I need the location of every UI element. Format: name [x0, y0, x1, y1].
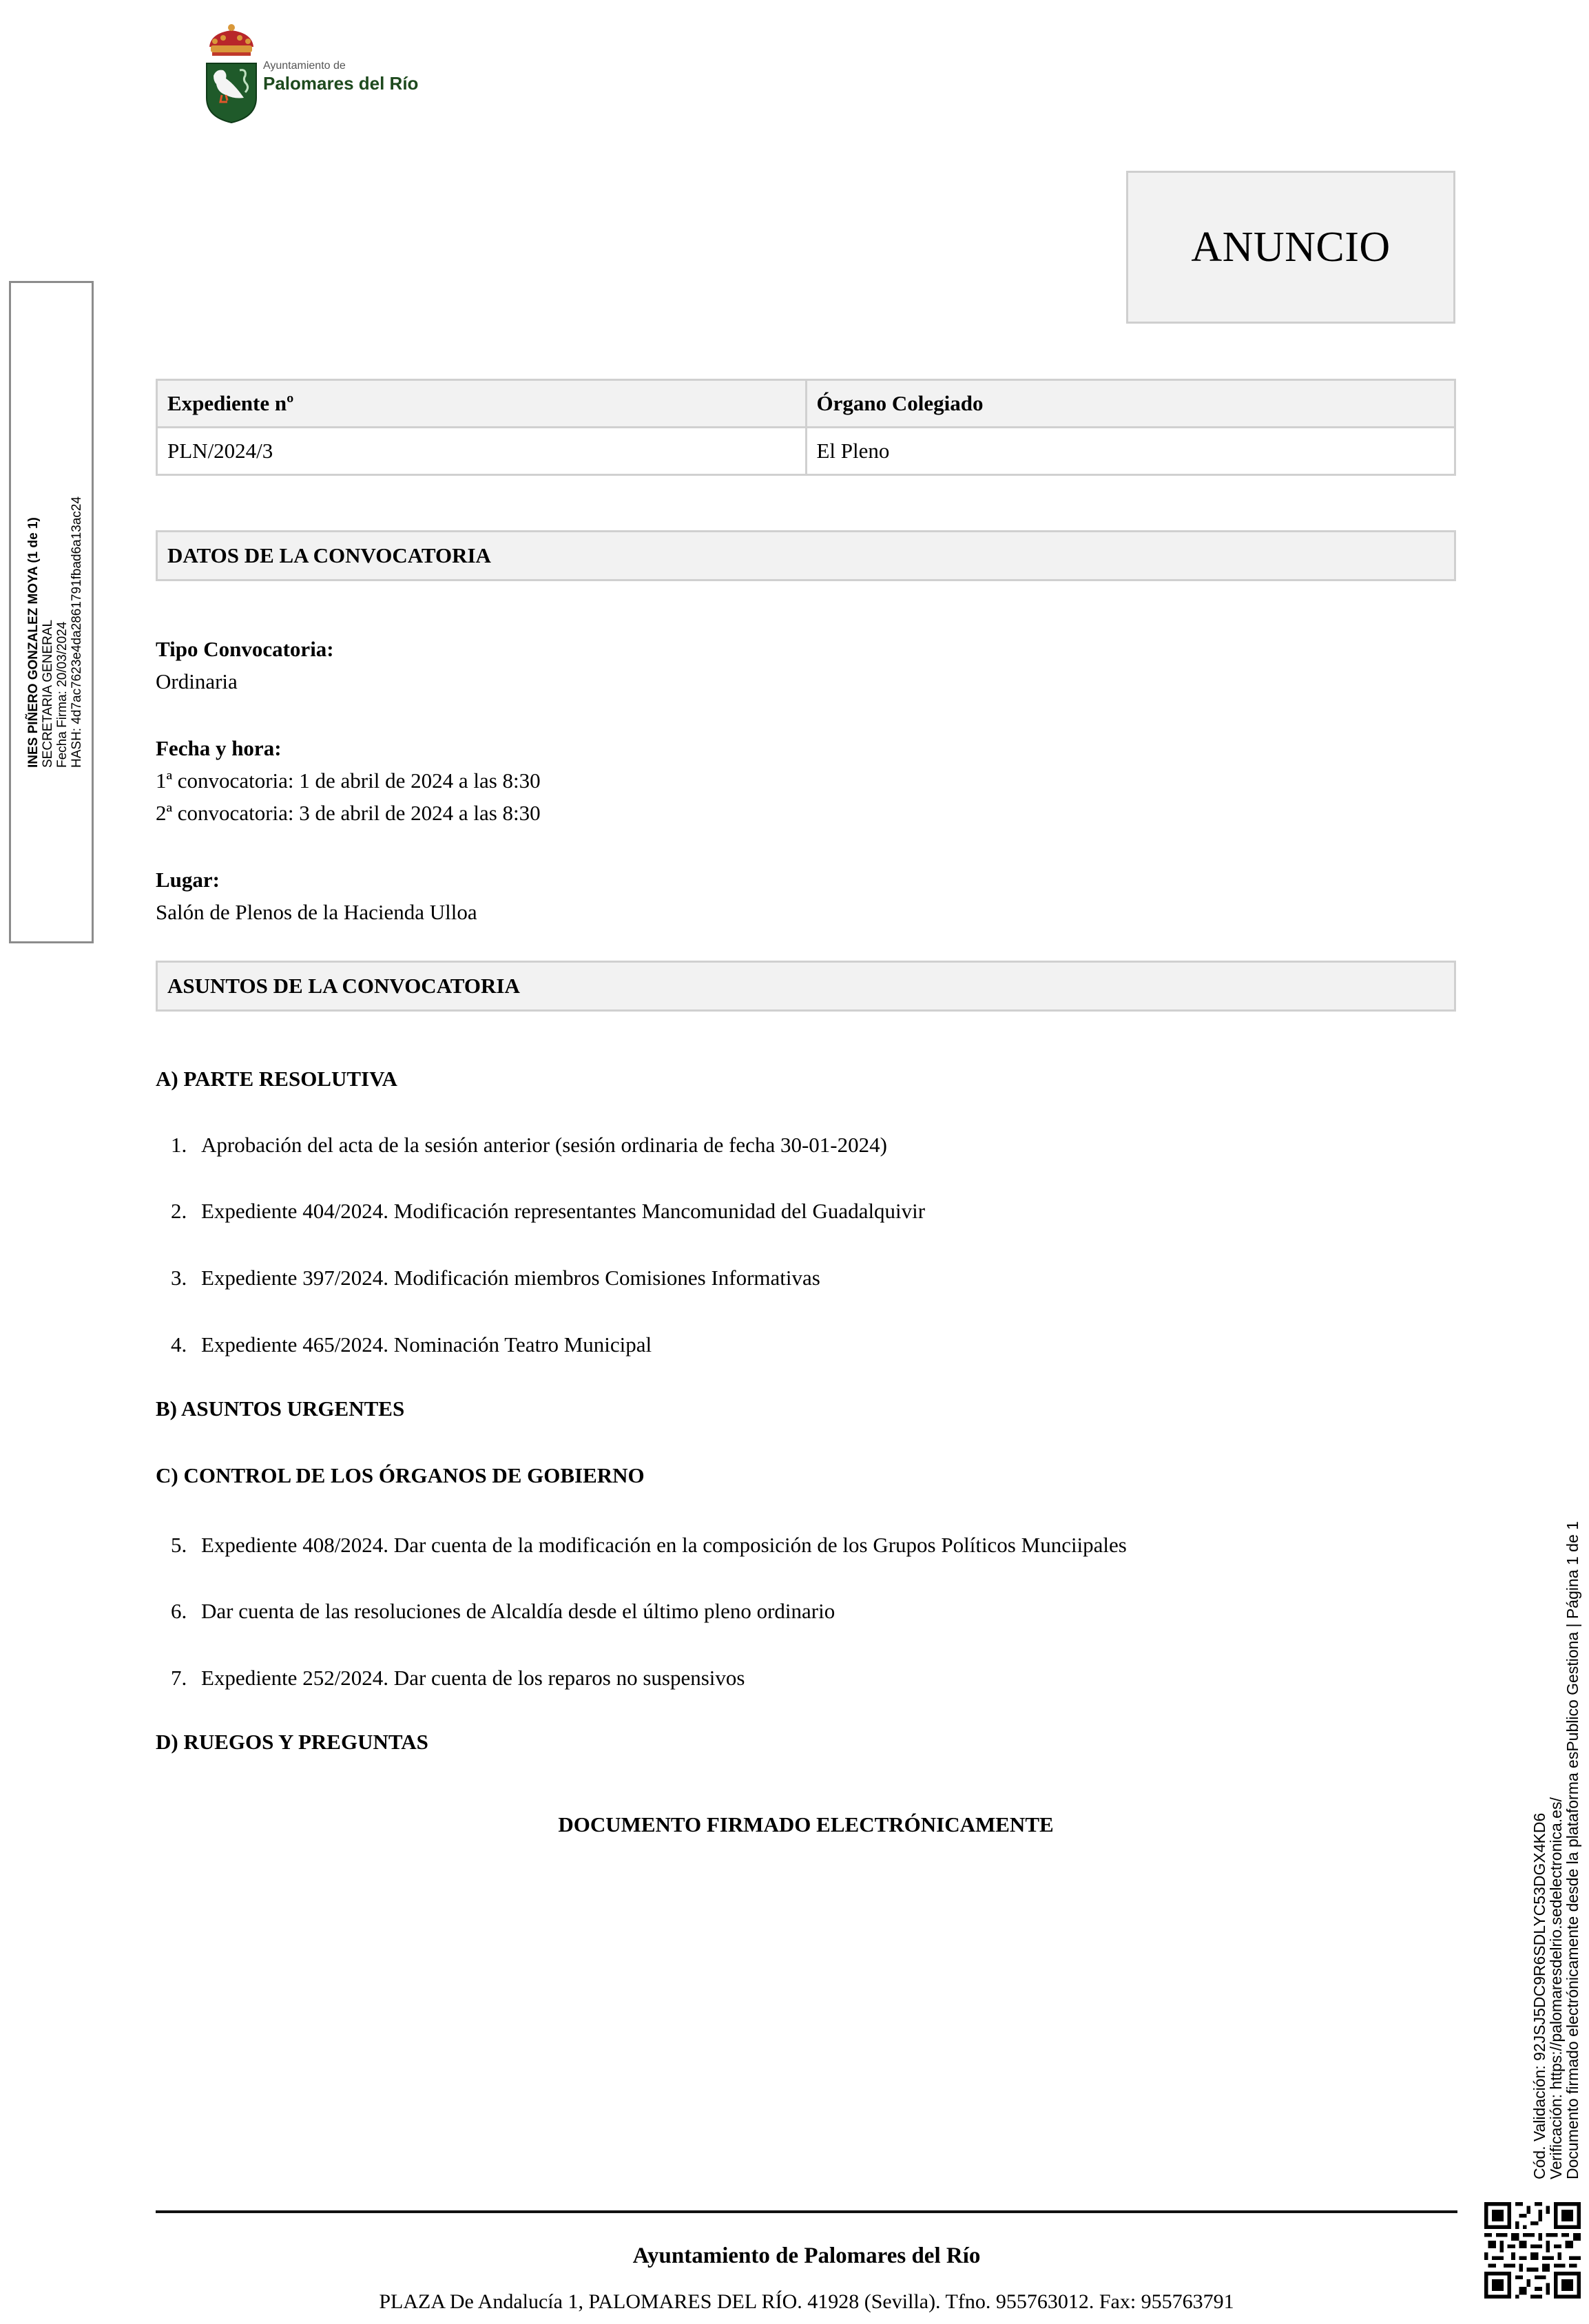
agenda-item-text: Expediente 404/2024. Modificación repres… [201, 1199, 925, 1223]
table-row: PLN/2024/3 El Pleno [157, 428, 1455, 475]
agenda-item-text: Expediente 252/2024. Dar cuenta de los r… [201, 1666, 745, 1690]
footer-address: PLAZA De Andalucía 1, PALOMARES DEL RÍO.… [156, 2290, 1457, 2314]
asuntos-section-header: ASUNTOS DE LA CONVOCATORIA [156, 961, 1456, 1012]
document-type-title: ANUNCIO [1191, 223, 1390, 272]
agenda-item-text: Expediente 408/2024. Dar cuenta de la mo… [201, 1533, 1127, 1557]
agenda-item-text: Dar cuenta de las resoluciones de Alcald… [201, 1599, 835, 1623]
agenda-item: 3.Expediente 397/2024. Modificación miem… [171, 1266, 820, 1290]
tipo-label: Tipo Convocatoria: [156, 633, 334, 665]
municipality-logo: Ayuntamiento de Palomares del Río [204, 21, 424, 124]
signed-notice: DOCUMENTO FIRMADO ELECTRÓNICAMENTE [156, 1812, 1456, 1837]
fecha-segunda: 2ª convocatoria: 3 de abril de 2024 a la… [156, 797, 541, 829]
signer-role: SECRETARIA GENERAL [41, 496, 55, 768]
coat-of-arms-icon [204, 21, 259, 124]
agenda-item: 6.Dar cuenta de las resoluciones de Alca… [171, 1599, 835, 1624]
footer-organization: Ayuntamiento de Palomares del Río [156, 2243, 1457, 2269]
document-type-box: ANUNCIO [1126, 171, 1455, 324]
agenda-item-number: 3. [171, 1266, 201, 1290]
section-b-title: B) ASUNTOS URGENTES [156, 1392, 404, 1425]
logo-line-2: Palomares del Río [263, 73, 418, 94]
signature-text: INES PIÑERO GONZALEZ MOYA (1 de 1) SECRE… [26, 496, 84, 768]
expediente-table: Expediente nº Órgano Colegiado PLN/2024/… [156, 379, 1456, 476]
agenda-item-text: Expediente 397/2024. Modificación miembr… [201, 1266, 820, 1290]
agenda-item-number: 2. [171, 1199, 201, 1224]
signer-name: INES PIÑERO GONZALEZ MOYA (1 de 1) [26, 496, 41, 768]
validation-code: Cód. Validación: 92JSJ5DC9R6SDLYC53DGX4K… [1531, 1521, 1548, 2179]
section-a-title: A) PARTE RESOLUTIVA [156, 1062, 397, 1095]
fecha-label: Fecha y hora: [156, 732, 282, 764]
section-d-title: D) RUEGOS Y PREGUNTAS [156, 1726, 428, 1758]
agenda-item-number: 4. [171, 1332, 201, 1357]
logo-text: Ayuntamiento de Palomares del Río [263, 59, 418, 94]
verification-strip: Cód. Validación: 92JSJ5DC9R6SDLYC53DGX4K… [1531, 1521, 1581, 2179]
agenda-item: 2.Expediente 404/2024. Modificación repr… [171, 1199, 925, 1224]
asuntos-section-title: ASUNTOS DE LA CONVOCATORIA [167, 974, 520, 998]
footer-divider [156, 2210, 1457, 2213]
signature-date: Fecha Firma: 20/03/2024 [55, 496, 70, 768]
signature-strip: INES PIÑERO GONZALEZ MOYA (1 de 1) SECRE… [9, 281, 94, 943]
verification-url[interactable]: Verificación: https://palomaresdelrio.se… [1548, 1521, 1564, 2179]
agenda-item-number: 5. [171, 1533, 201, 1558]
platform-note: Documento firmado electrónicamente desde… [1564, 1521, 1581, 2179]
table-header-row: Expediente nº Órgano Colegiado [157, 380, 1455, 428]
agenda-item-number: 7. [171, 1666, 201, 1690]
fecha-primera: 1ª convocatoria: 1 de abril de 2024 a la… [156, 764, 541, 797]
organo-header: Órgano Colegiado [806, 380, 1455, 428]
expediente-header: Expediente nº [157, 380, 807, 428]
organo-value: El Pleno [806, 428, 1455, 475]
qr-code-icon[interactable] [1484, 2202, 1581, 2299]
signature-hash: HASH: 4d7ac7623e4da2861791fbad6a13ac24 [70, 496, 84, 768]
agenda-item: 4.Expediente 465/2024. Nominación Teatro… [171, 1332, 652, 1357]
agenda-item-text: Expediente 465/2024. Nominación Teatro M… [201, 1332, 652, 1357]
section-c-title: C) CONTROL DE LOS ÓRGANOS DE GOBIERNO [156, 1459, 645, 1491]
tipo-value: Ordinaria [156, 665, 238, 698]
logo-line-1: Ayuntamiento de [263, 59, 418, 73]
datos-section-title: DATOS DE LA CONVOCATORIA [167, 543, 491, 568]
agenda-item: 7.Expediente 252/2024. Dar cuenta de los… [171, 1666, 745, 1690]
expediente-value: PLN/2024/3 [157, 428, 807, 475]
agenda-item: 1.Aprobación del acta de la sesión anter… [171, 1133, 887, 1158]
lugar-label: Lugar: [156, 863, 220, 896]
lugar-value: Salón de Plenos de la Hacienda Ulloa [156, 896, 477, 928]
agenda-item-number: 6. [171, 1599, 201, 1624]
agenda-item-number: 1. [171, 1133, 201, 1158]
agenda-item: 5.Expediente 408/2024. Dar cuenta de la … [171, 1533, 1127, 1558]
agenda-item-text: Aprobación del acta de la sesión anterio… [201, 1133, 887, 1157]
datos-section-header: DATOS DE LA CONVOCATORIA [156, 530, 1456, 581]
